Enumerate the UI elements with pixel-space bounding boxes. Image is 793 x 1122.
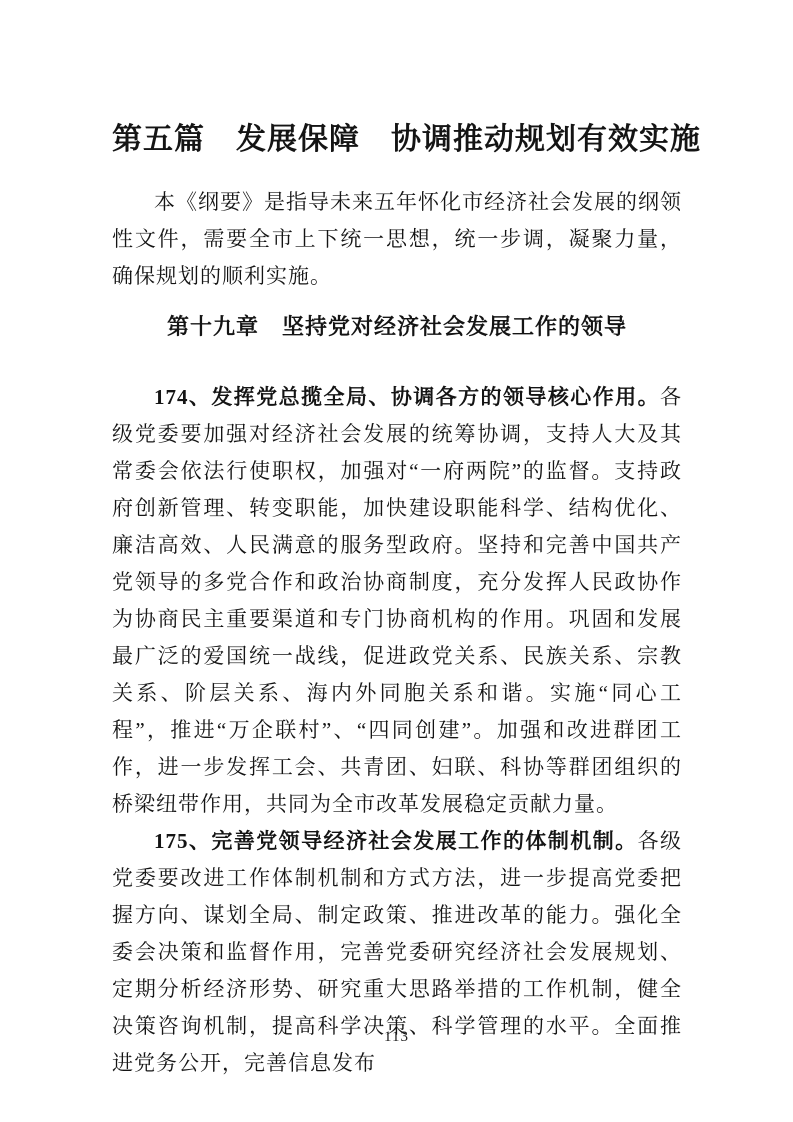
page-number: 113: [0, 1029, 793, 1046]
paragraph-174-body: 各级党委要加强对经济社会发展的统筹协调，支持人大及其常委会依法行使职权，加强对“…: [112, 385, 682, 816]
paragraph-174-lead: 174、发挥党总揽全局、协调各方的领导核心作用。: [154, 385, 660, 409]
intro-paragraph: 本《纲要》是指导未来五年怀化市经济社会发展的纲领性文件，需要全市上下统一思想，统…: [112, 184, 682, 295]
chapter-heading: 第十九章 坚持党对经济社会发展工作的领导: [112, 312, 682, 342]
paragraph-174: 174、发挥党总揽全局、协调各方的领导核心作用。各级党委要加强对经济社会发展的统…: [112, 379, 682, 823]
part-title: 第五篇 发展保障 协调推动规划有效实施: [112, 120, 682, 160]
document-page: 第五篇 发展保障 协调推动规划有效实施 本《纲要》是指导未来五年怀化市经济社会发…: [0, 0, 793, 1122]
paragraph-175-lead: 175、完善党领导经济社会发展工作的体制机制。: [154, 829, 638, 853]
